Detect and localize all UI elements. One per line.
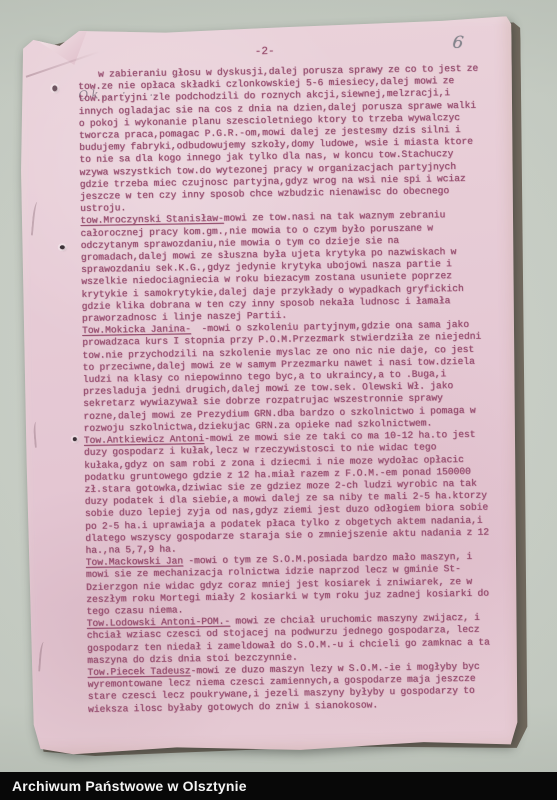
paper-crease (33, 421, 41, 447)
speaker-name: Tow.Piecek Tadeusz (87, 665, 190, 678)
speaker-name: Tow.Mokicka Janina- (82, 324, 191, 337)
speaker-name: tow.Mroczynski Stanisław- (80, 213, 224, 226)
paper-hole (73, 437, 77, 441)
paper-crease (31, 201, 40, 235)
paper-hole (52, 85, 57, 91)
paper-crease (38, 641, 46, 671)
paper-hole (60, 245, 65, 249)
page-number: -2- (18, 42, 512, 62)
paragraph: tow.Mroczynski Stanisław-mowi ze tow.nas… (80, 209, 486, 325)
archive-name-label: Archiwum Państwowe w Olsztynie (0, 778, 247, 794)
typed-text: w zabieraniu głosu w dyskusji,dalej poru… (78, 63, 493, 745)
paragraph: Tow.Mokicka Janina- -mowi o szkoleniu pa… (82, 319, 488, 435)
archive-watermark-bar: Archiwum Państwowe w Olsztynie (0, 772, 557, 800)
speaker-name: Tow.Lodowski Antoni-POM.- (87, 616, 231, 629)
paragraph: Tow.Mackowski Jan -mowi o tym ze S.O.M.p… (86, 551, 491, 618)
paragraph: w zabieraniu głosu w dyskusji,dalej poru… (78, 63, 484, 216)
paragraph: Tow.Piecek Tadeusz-mowi ze duzo maszyn l… (87, 661, 492, 716)
paragraph: Tow.Antkiewicz Antoni-mowi ze mowi sie z… (84, 429, 490, 557)
scanned-document: Ok,. · . . -2- 6 w zabieraniu głosu w dy… (23, 20, 517, 754)
paragraph: Tow.Lodowski Antoni-POM.- mowi ze chciał… (87, 612, 492, 667)
speaker-name: Tow.Antkiewicz Antoni (84, 433, 205, 446)
speaker-name: Tow.Mackowski Jan (86, 556, 184, 569)
paper-sheet: Ok,. · . . -2- 6 w zabieraniu głosu w dy… (17, 16, 522, 758)
